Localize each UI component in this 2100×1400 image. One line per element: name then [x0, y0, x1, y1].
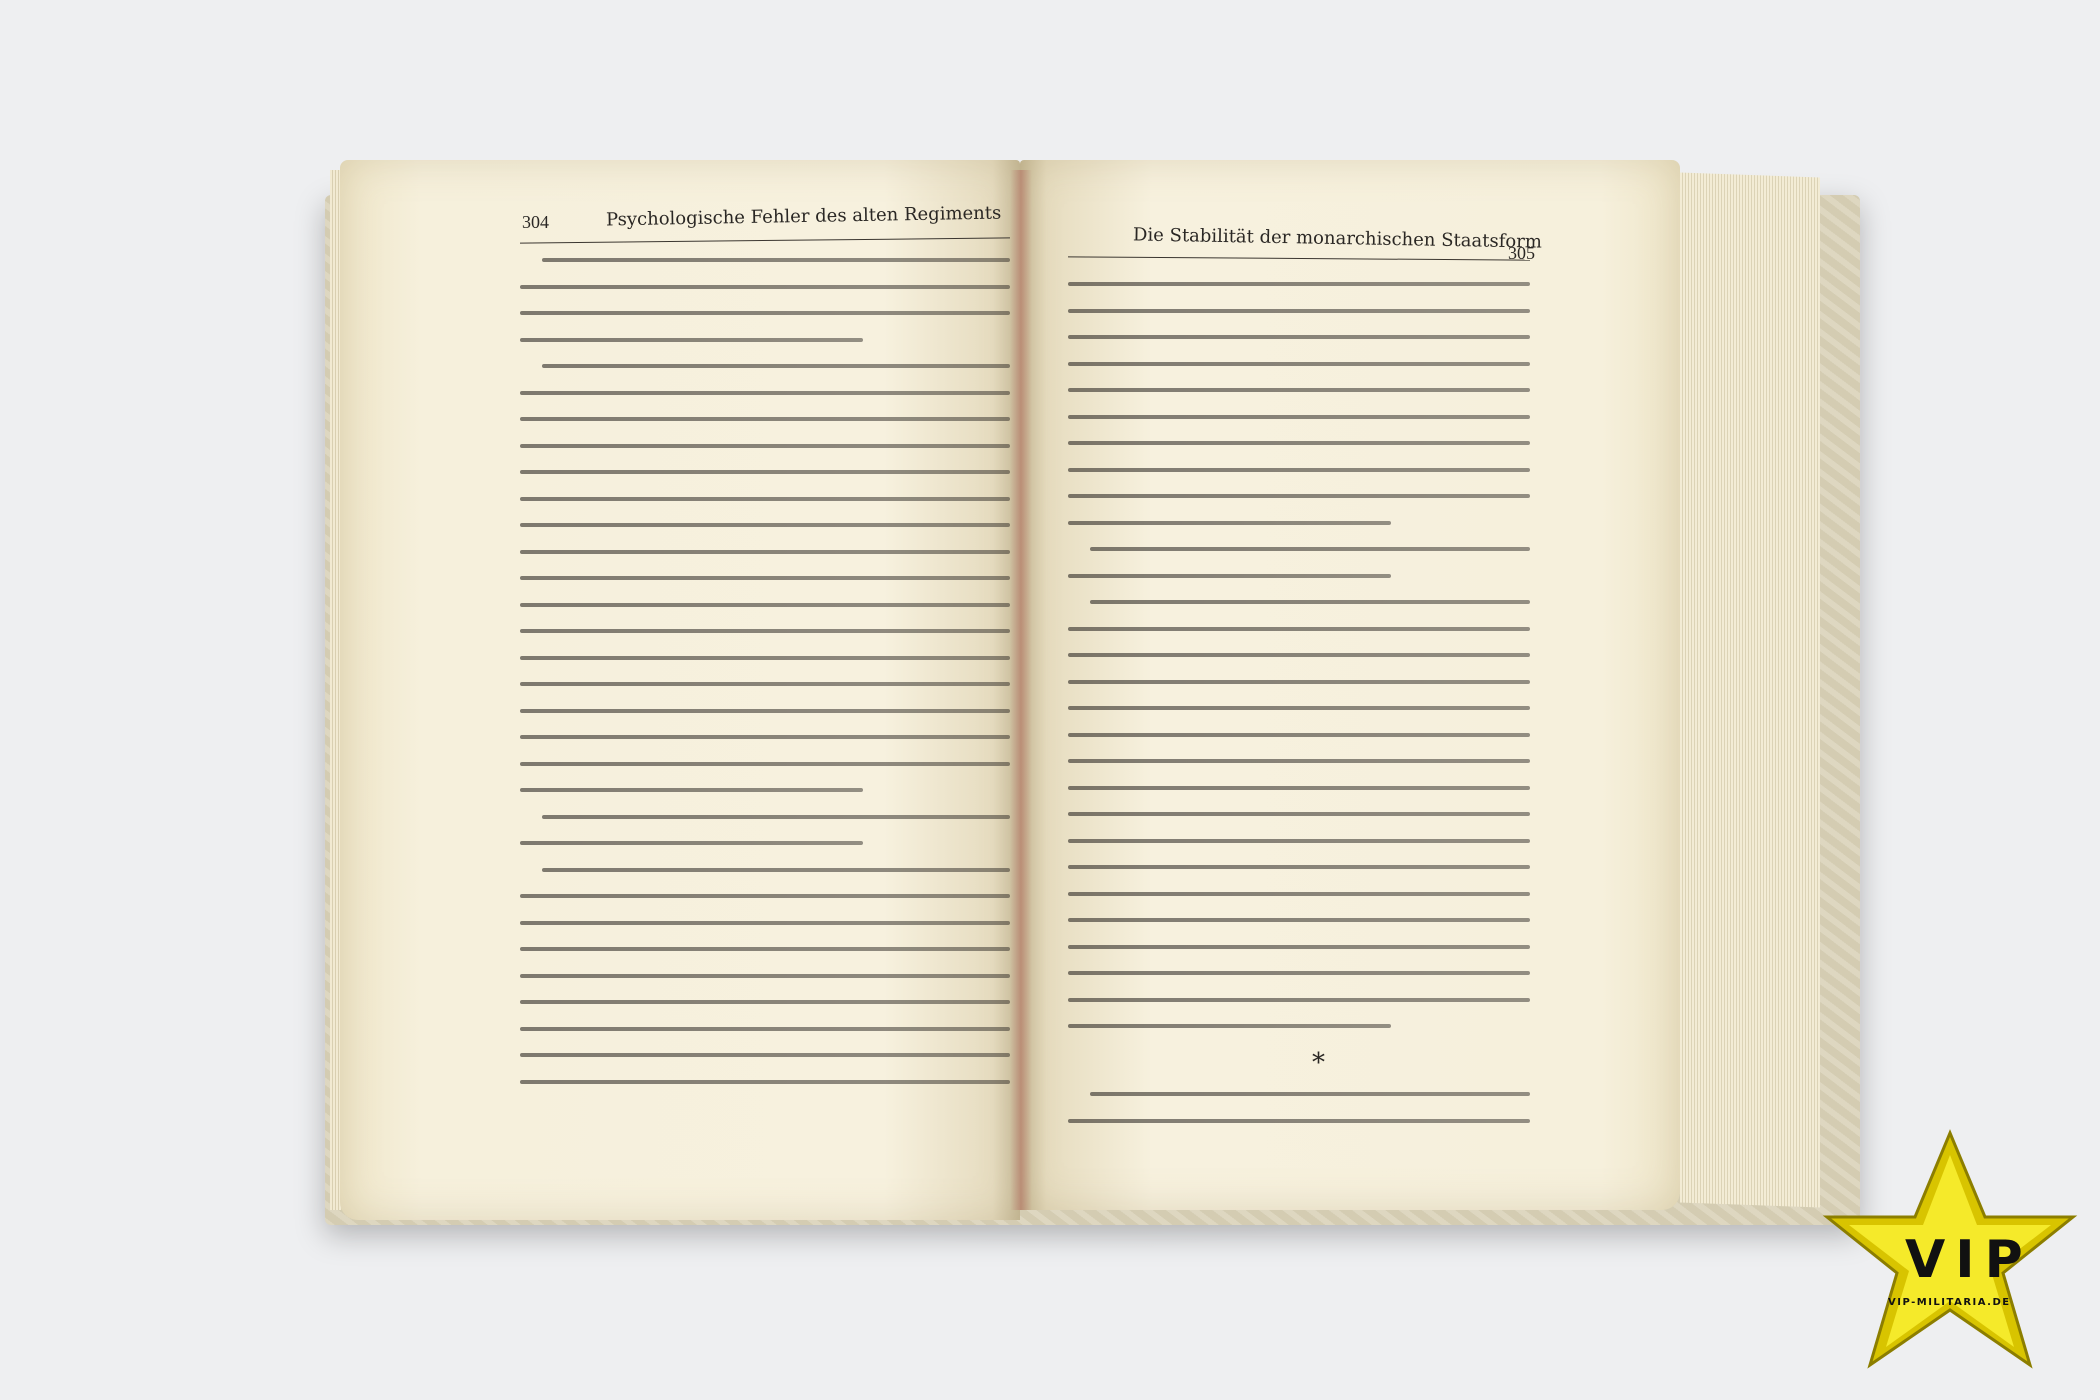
- right-page-number: 305: [1508, 243, 1535, 264]
- left-page-number: 304: [522, 212, 549, 233]
- watermark-url: VIP-MILITARIA.DE: [1888, 1297, 2011, 1308]
- right-body-text-after-break: [1068, 1092, 1530, 1145]
- book-gutter: [1010, 170, 1032, 1210]
- section-break-asterisk: *: [1312, 1048, 1325, 1078]
- left-body-text: [520, 258, 1010, 1106]
- right-body-text: [1068, 282, 1530, 1051]
- page-edges-right: [1680, 173, 1820, 1208]
- watermark-label: VIP: [1905, 1230, 2033, 1290]
